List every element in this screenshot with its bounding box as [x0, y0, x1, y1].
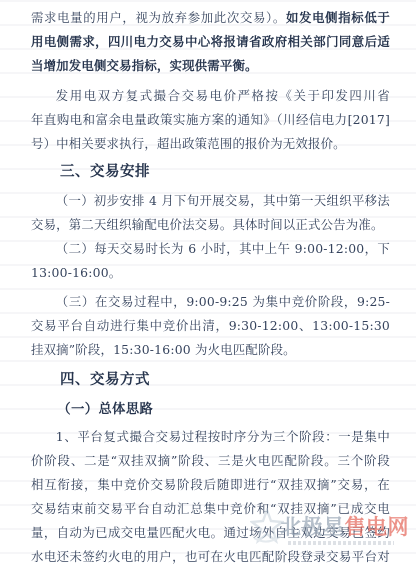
document-page: 需求电量的用户，视为放弃参加此次交易）。如发电侧指标低于用电侧需求，四川电力交易… — [0, 0, 416, 569]
paragraph: 1、平台复式撮合交易过程按时序分为三个阶段：一是集中竞价阶段、二是“双挂双摘”阶… — [31, 425, 390, 569]
text-segment: 号）中相关要求执行，超出政策范围的报价为无效报价。 — [31, 136, 346, 151]
text-segment: （三）在交易过程中，9:00-9:25 为集中竞价阶段，9:25-9:30 — [31, 294, 390, 314]
text-segment: 相互衔接，集中竞价交易阶段后随即进行“双挂双摘”交易，在 — [31, 477, 390, 492]
text-line: 发用电双方复式撮合交易电价严格按《关于印发四川省 2017 — [31, 84, 390, 108]
document-text: 需求电量的用户，视为放弃参加此次交易）。如发电侧指标低于用电侧需求，四川电力交易… — [0, 0, 416, 569]
bold-text-segment: 用电侧需求，四川电力交易中心将报请省政府相关部门同意后适 — [31, 34, 390, 49]
bold-text-segment: 当增加发电侧交易指标，实现供需平衡。 — [31, 58, 258, 73]
text-segment: 交易结束前交易平台自动汇总集中竞价和“双挂双摘”已成交电 — [31, 501, 390, 516]
text-line: （二）每天交易时长为 6 小时，其中上午 9:00-12:00，下午 — [31, 237, 390, 261]
text-line: 当增加发电侧交易指标，实现供需平衡。 — [31, 54, 390, 78]
text-segment: 价阶段、二是“双挂双摘”阶段、三是火电匹配阶段。三个阶段 — [31, 453, 390, 468]
text-line: 交易平台自动进行集中竞价出清，9:30-12:00、13:00-15:30 为“… — [31, 314, 390, 338]
text-segment: 交易平台自动进行集中竞价出清，9:30-12:00、13:00-15:30 为“… — [31, 318, 390, 338]
text-segment: 1、平台复式撮合交易过程按时序分为三个阶段：一是集中竞 — [31, 429, 390, 449]
text-line: 用电侧需求，四川电力交易中心将报请省政府相关部门同意后适 — [31, 30, 390, 54]
text-segment: （二）每天交易时长为 6 小时，其中上午 9:00-12:00，下午 — [31, 241, 390, 261]
text-line: 13:00-16:00。 — [31, 261, 390, 285]
paragraph: （三）在交易过程中，9:00-9:25 为集中竞价阶段，9:25-9:30交易平… — [31, 290, 390, 362]
text-line: 需求电量的用户，视为放弃参加此次交易）。如发电侧指标低于 — [31, 6, 390, 30]
text-segment: 量，自动为已成交电量匹配火电。通过场外自主双边交易已签约 — [31, 525, 390, 540]
text-segment: 挂双摘”阶段，15:30-16:00 为火电匹配阶段。 — [31, 342, 296, 357]
text-segment: 年直购电和富余电量政策实施方案的通知》（川经信电力[2017] 55 — [31, 112, 390, 132]
paragraph: 发用电双方复式撮合交易电价严格按《关于印发四川省 2017年直购电和富余电量政策… — [31, 84, 390, 156]
text-line: 交易，第二天组织输配电价法交易。具体时间以正式公告为准。 — [31, 213, 390, 237]
section-heading: 四、交易方式 — [31, 367, 390, 393]
text-line: 相互衔接，集中竞价交易阶段后随即进行“双挂双摘”交易，在 — [31, 473, 390, 497]
text-line: （一）初步安排 4 月下旬开展交易，其中第一天组织平移法 — [31, 189, 390, 213]
bold-text-segment: 如发电侧指标低于 — [286, 10, 390, 25]
text-line: 水电还未签约火电的用户，也可在火电匹配阶段登录交易平台对 — [31, 545, 390, 569]
text-segment: 交易，第二天组织输配电价法交易。具体时间以正式公告为准。 — [31, 217, 384, 232]
paragraph: （二）每天交易时长为 6 小时，其中上午 9:00-12:00，下午13:00-… — [31, 237, 390, 285]
text-segment: 水电还未签约火电的用户，也可在火电匹配阶段登录交易平台对 — [31, 549, 390, 564]
text-segment: 需求电量的用户，视为放弃参加此次交易）。 — [31, 10, 286, 25]
paragraph: 需求电量的用户，视为放弃参加此次交易）。如发电侧指标低于用电侧需求，四川电力交易… — [31, 6, 390, 78]
text-line: （三）在交易过程中，9:00-9:25 为集中竞价阶段，9:25-9:30 — [31, 290, 390, 314]
section-heading: （一）总体思路 — [31, 397, 390, 422]
text-line: 价阶段、二是“双挂双摘”阶段、三是火电匹配阶段。三个阶段 — [31, 449, 390, 473]
text-line: 号）中相关要求执行，超出政策范围的报价为无效报价。 — [31, 132, 390, 156]
section-heading: 三、交易安排 — [31, 159, 390, 185]
paragraph: （一）初步安排 4 月下旬开展交易，其中第一天组织平移法交易，第二天组织输配电价… — [31, 189, 390, 237]
text-line: 挂双摘”阶段，15:30-16:00 为火电匹配阶段。 — [31, 338, 390, 362]
text-segment: （一）初步安排 4 月下旬开展交易，其中第一天组织平移法 — [56, 193, 390, 208]
text-line: 量，自动为已成交电量匹配火电。通过场外自主双边交易已签约 — [31, 521, 390, 545]
text-segment: 发用电双方复式撮合交易电价严格按《关于印发四川省 2017 — [31, 88, 390, 108]
text-line: 年直购电和富余电量政策实施方案的通知》（川经信电力[2017] 55 — [31, 108, 390, 132]
text-line: 交易结束前交易平台自动汇总集中竞价和“双挂双摘”已成交电 — [31, 497, 390, 521]
text-line: 1、平台复式撮合交易过程按时序分为三个阶段：一是集中竞 — [31, 425, 390, 449]
text-segment: 13:00-16:00。 — [31, 265, 121, 280]
